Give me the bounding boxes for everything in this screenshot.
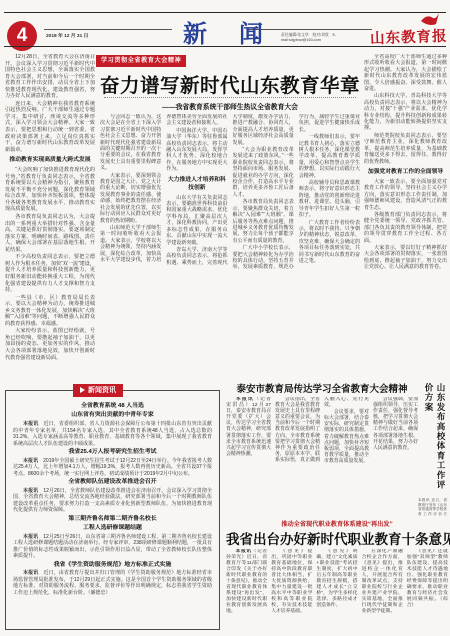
top-rule — [4, 12, 446, 13]
lead-headline: 奋力谱写新时代山东教育华章 — [100, 70, 360, 98]
vocational-headline: 我省出台办好新时代职业教育十条意见 — [226, 528, 448, 548]
taian-columns: 本报讯（记者 宋洪昌）12月27日，泰安市教育局召开党委（扩大）会议，传达学习全… — [226, 397, 418, 516]
paragraph: 各级教育部门负责同志表示，将健全党委统一领导、党政齐抓共管、部门各负其责的教育领… — [364, 212, 447, 244]
paragraph: 本报讯（记者 孙荣光）近日，省教育厅等11部门联合印发《关于办好新时代职业教育的… — [226, 549, 267, 615]
vocational-columns: 本报讯（记者 孙荣光）近日，省教育厅等11部门联合印发《关于办好新时代职业教育的… — [226, 549, 448, 636]
news-brief: 全省教师队伍建设改革推进会召开 本报讯 12月26日，全省教师队伍建设改革推进会… — [13, 479, 212, 514]
paragraph: 师范类院校负责同志表示，要坚守师范教育主业，深化教师教育改革，提高师范生培养质量… — [364, 133, 447, 165]
lead-right-column: 全省高校广大干部师生通过多种形式收听收看大会报道，第一时间掀起学习热潮。大家认为… — [364, 54, 447, 376]
headline-divider — [104, 97, 356, 98]
brief-body: 本报讯 近日，由省教育厅提出并归口管理的《学生资助服务规范》地方标准经省市场监督… — [13, 570, 212, 596]
brief-body: 本报讯 12月25日至26日，山东省第三期齐鲁名师建设工程、第二期齐鲁名校长建设… — [13, 534, 212, 560]
crosshead: 推动教育实现高质量大跨式发展 — [5, 156, 95, 164]
news-digest-box: 全省教育系统 48 人当选 山东省有突出贡献的中青年专家 本报讯 近日，省委组织… — [5, 390, 220, 630]
paragraph: 广大教育工作者纷纷表示，将以时不我待、只争朝夕的精神状态，锐意改革、攻坚克难，确… — [299, 220, 360, 265]
paragraph: 会议要求，要对标大会部署，结合泰安实际，研究制定贯彻落实的具体措施，着力破解教育… — [324, 410, 369, 465]
masthead-logo: 山东教育报 — [369, 25, 447, 49]
news-brief: 我省《学生资助服务规范》地方标准正式实施 本报讯 近日，由省教育厅提出并归口管理… — [13, 562, 212, 597]
brief-title: 全省教师队伍建设改革推进会召开 — [13, 479, 212, 486]
paragraph: 会议强调，要加强组织领导，压实工作责任，强化督导考核，把学习贯彻大会精神与做好当… — [373, 397, 418, 452]
paragraph: 大家一致表示，要全面加强党对教育工作的领导，坚持社会主义办学方向，落实意识形态工… — [364, 179, 447, 211]
news-brief: 我省25.4万人报考研究生招生考试 本报讯 2019年全国硕士研究生招生考试于1… — [13, 449, 212, 477]
paragraph: 《意见》还就加强“双师型”教师队伍建设、提高技术技能人才待遇地位、强化职业教育经… — [407, 549, 448, 609]
news-brief: 全省教育系统 48 人当选 山东省有突出贡献的中青年专家 本报讯 近日，省委组织… — [13, 403, 212, 447]
brief-body: 本报讯 近日，省委组织部、省人力资源社会保障厅公布第十四批山东省有突出贡献的中青… — [13, 421, 212, 447]
brief-title: 第三期齐鲁名师第二期齐鲁名校长 — [13, 516, 212, 523]
lead-kicker: 学习贯彻全省教育大会精神 — [96, 55, 186, 67]
brief-title-line2: 山东省有突出贡献的中青年专家 — [13, 412, 212, 419]
taian-headline: 泰安市教育局传达学习全省教育大会精神 — [226, 381, 418, 395]
brief-title: 全省教育系统 48 人当选 — [13, 403, 212, 410]
paragraph: 各市教育局负责同志表示，要聚焦群众关切，着力解决“入园难”“大班额”、课后服务等… — [233, 199, 294, 244]
lead-center-columns: 与会同志一致认为，这次大会是在全省上下深入学习贯彻习近平新时代中国特色社会主义思… — [100, 114, 360, 376]
brief-body: 本报讯 2019年全国硕士研究生招生考试于12月22日至24日举行。今年我省报考… — [13, 458, 212, 477]
brief-title: 我省25.4万人报考研究生招生考试 — [13, 449, 212, 456]
paragraph: 本报讯（记者 宋洪昌）12月27日，泰安市教育局召开党委（扩大）会议，传达学习全… — [226, 397, 271, 458]
paragraph: 大家纷纷表示，蓝图已经绘就，号角已经吹响，要撸起袖子加油干，以更加昂扬的姿态、更… — [5, 328, 95, 361]
paragraph: 大家表示，要以钉钉子精神抓好大会各项部署的贯彻落实，一张蓝图绘到底，撸起袖子加油… — [364, 245, 447, 271]
newspaper-page: 4 2018 年 12 月 31 日 新 闻 责任编辑/张文华 校对/刘欣 E-… — [0, 0, 450, 636]
paragraph: 山东大学有关负责同志表示，要瞄准世界科技前沿和国家重大战略需求，优化学科布局，汇… — [166, 195, 227, 246]
news-digest-tab-label: 新闻资讯 — [88, 385, 116, 395]
lead-subtitle: ——我省教育系统干部师生热议全省教育大会 — [100, 101, 360, 111]
news-digest-tab: 新闻资讯 — [73, 384, 123, 397]
paragraph: 全省高校广大干部师生通过多种形式收听收看大会报道，第一时间掀起学习热潮。大家认为… — [364, 54, 447, 92]
brief-title-line2: 工程人选研修课题结题 — [13, 525, 212, 532]
brief-title: 我省《学生资助服务规范》地方标准正式实施 — [13, 562, 212, 569]
paragraph: 一些县（市、区）教育局局长表示，要以大会精神为动力，统筹推进城乡义务教育一体化发… — [5, 295, 95, 328]
vocational-kicker: 推动全省现代职业教育体系建设“再出发” — [226, 519, 448, 528]
speaker-icon — [80, 387, 85, 393]
crosshead: 大力推进人才培养和科技创新 — [166, 176, 227, 192]
paragraph: “大会吹响了加快推进教育现代化的号角。”省教育厅负责同志表示，全省教育系统要以大… — [5, 167, 95, 213]
paragraph: 各市教育局负责同志认为，大会提出的一系列重大举措针对性强、含金量高，关键是抓好贯… — [5, 214, 95, 253]
paragraph: 大家表示，要深刻领会教育是国之大计、党之大计的重大论断，切实增强优先发展教育事业… — [100, 173, 161, 224]
news-brief: 第三期齐鲁名师第二期齐鲁名校长 工程人选研修课题结题 本报讯 12月25日至26… — [13, 516, 212, 560]
header-bottom-rule — [4, 46, 446, 47]
paragraph: “大会为职业教育改革发展送来了政策东风。”一些职业院校负责同志表示，将坚持面向市… — [233, 147, 294, 198]
paragraph: 在深化产教融合校企合作方面，《意见》提出，推进校企一体化育人，开展混合所有制改革… — [362, 549, 403, 615]
paragraph: 高校辅导员和思政课教师表示，将守好意识形态主阵地，推动党的创新理论进教材、进课堂… — [299, 180, 360, 218]
lead-left-column: 12月28日，全省教育大会在济南召开。会议深入学习贯彻习近平新时代中国特色社会主… — [5, 54, 95, 376]
vertical-story-body: 本报讯 近日，省教育厅发布《山东省普通高等学校体育工作评价方案》，对高校体育课程… — [418, 498, 447, 516]
brief-body: 本报讯 12月26日，全省教师队伍建设改革推进会在济南召开。会议深入学习贯彻全国… — [13, 488, 212, 514]
paragraph: 一线教师们表示，要牢记教书育人初心，落实立德树人根本任务，深化课堂教学改革，提高… — [299, 134, 360, 179]
paragraph: 中国海洋大学、中国石油大学（华东）等驻鲁部属高校负责同志表示，将主动融入山东发展… — [166, 128, 227, 173]
crosshead: 加强党对教育工作的全面领导 — [364, 168, 447, 176]
paragraph: 《意见》明确，建立“文化素质+职业技能”考试招生制度，扩大初中后五年制高等职业教… — [316, 549, 357, 609]
paragraph: 连日来，大会精神在我省教育系统引起热烈反响。广大干部师生通过专题学习、集中研讨、… — [5, 101, 95, 153]
paragraph: 《意见》提出，巩固中等职业教育基础地位，保持高中阶段教育职普比大体相当，扩大优质… — [271, 549, 312, 615]
paragraph: 不少高校负责同志表示，要把立德树人作为根本任务，加快“双一流”建设，提升人才培养… — [5, 254, 95, 293]
masthead-flourish-icon — [420, 12, 440, 26]
paragraph: 与会同志一致认为，这次大会是在全省上下深入学习贯彻习近平新时代中国特色社会主义思… — [100, 114, 161, 172]
vertical-headline: 山东发布高校体育工作评价方案 — [423, 383, 447, 495]
paragraph: 12月28日，全省教育大会在济南召开。会议深入学习贯彻习近平新时代中国特色社会主… — [5, 54, 95, 100]
paragraph: 山东科技大学、青岛科技大学等高校负责同志表示，将以大会精神为动力，对接“十强”产… — [364, 93, 447, 131]
editor-credit-line: 责任编辑/张文华 校对/刘欣 E-mail:sdjybxw@163.com — [281, 33, 375, 42]
